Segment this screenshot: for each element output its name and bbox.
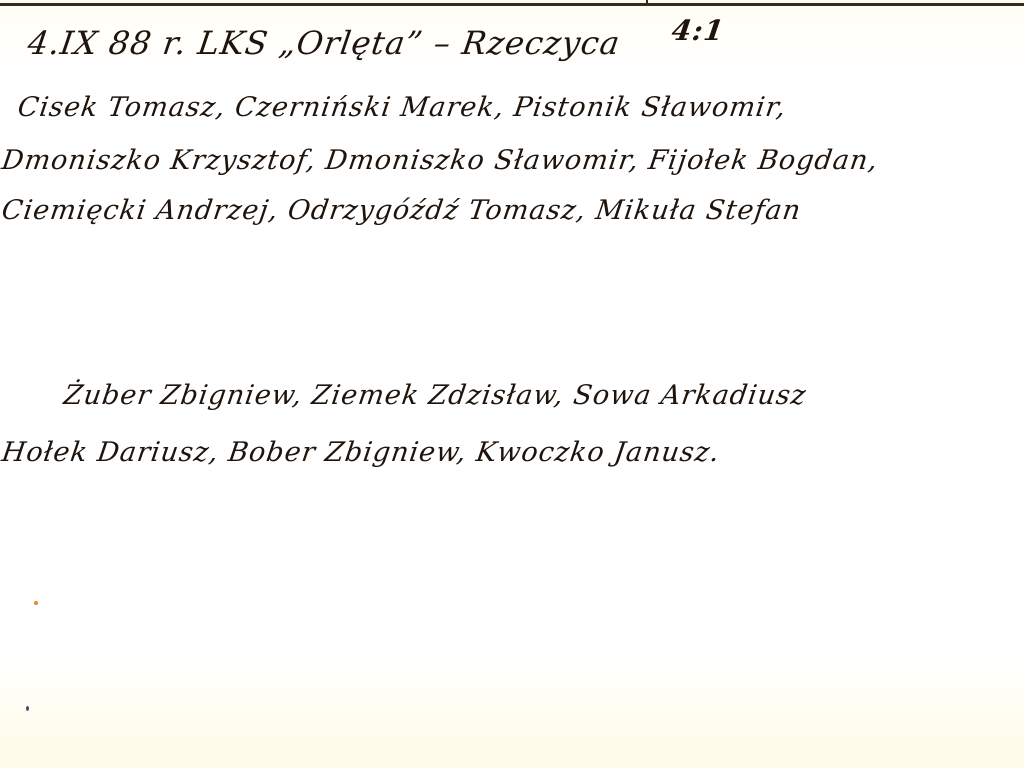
lineup-line-1: Cisek Tomasz, Czerniński Marek, Pistonik… bbox=[16, 92, 789, 123]
match-header: 4.IX 88 r. LKS „Orlęta” – Rzeczyca bbox=[25, 24, 622, 62]
top-border-tick bbox=[646, 0, 648, 5]
top-border-line bbox=[0, 3, 1024, 6]
match-score: 4:1 bbox=[670, 14, 727, 47]
lineup-line-3: Ciemięcki Andrzej, Odrzygóźdź Tomasz, Mi… bbox=[0, 195, 803, 226]
substitutes-line-2: Hołek Dariusz, Bober Zbigniew, Kwoczko J… bbox=[0, 437, 722, 468]
ink-speck bbox=[26, 706, 29, 711]
ink-speck bbox=[34, 601, 38, 605]
lineup-line-2: Dmoniszko Krzysztof, Dmoniszko Sławomir,… bbox=[0, 145, 880, 176]
substitutes-line-1: Żuber Zbigniew, Ziemek Zdzisław, Sowa Ar… bbox=[62, 380, 809, 411]
scanned-card: 4.IX 88 r. LKS „Orlęta” – Rzeczyca 4:1 C… bbox=[0, 0, 1024, 768]
